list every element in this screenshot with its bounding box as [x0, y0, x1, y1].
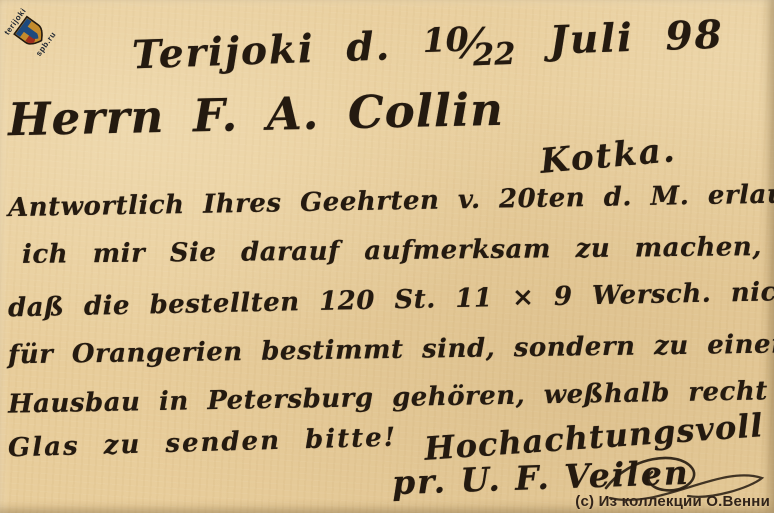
postcard-scan: terijoki spb.ru Terijoki d. 10⁄22 Juli 9… — [0, 0, 774, 513]
body-line: ich mir Sie darauf aufmerksam zu machen, — [22, 232, 762, 270]
date-day-old: 10 — [422, 20, 469, 61]
dateline-place: Terijoki d. — [131, 23, 392, 78]
body-line: Glas zu senden bitte! — [8, 423, 398, 464]
terijoki-watermark: terijoki spb.ru — [0, 0, 80, 82]
dateline: Terijoki d. 10⁄22 Juli 98 — [131, 10, 724, 79]
body-line: Antwortlich Ihres Geehrten v. 20ten d. M… — [8, 179, 774, 223]
collection-credit: (с) Из коллекции О.Венни — [575, 493, 770, 510]
dateline-month-year: Juli 98 — [549, 12, 725, 64]
recipient-line: Herrn F. A. Collin — [7, 83, 504, 146]
city-line: Kotka. — [539, 130, 679, 182]
body-line: für Orangerien bestimmt sind, sondern zu… — [8, 328, 774, 371]
date-fraction: 10⁄22 — [422, 17, 519, 68]
body-line: daß die bestellten 120 St. 11 × 9 Wersch… — [8, 277, 774, 324]
date-day-new: 22 — [472, 36, 516, 73]
